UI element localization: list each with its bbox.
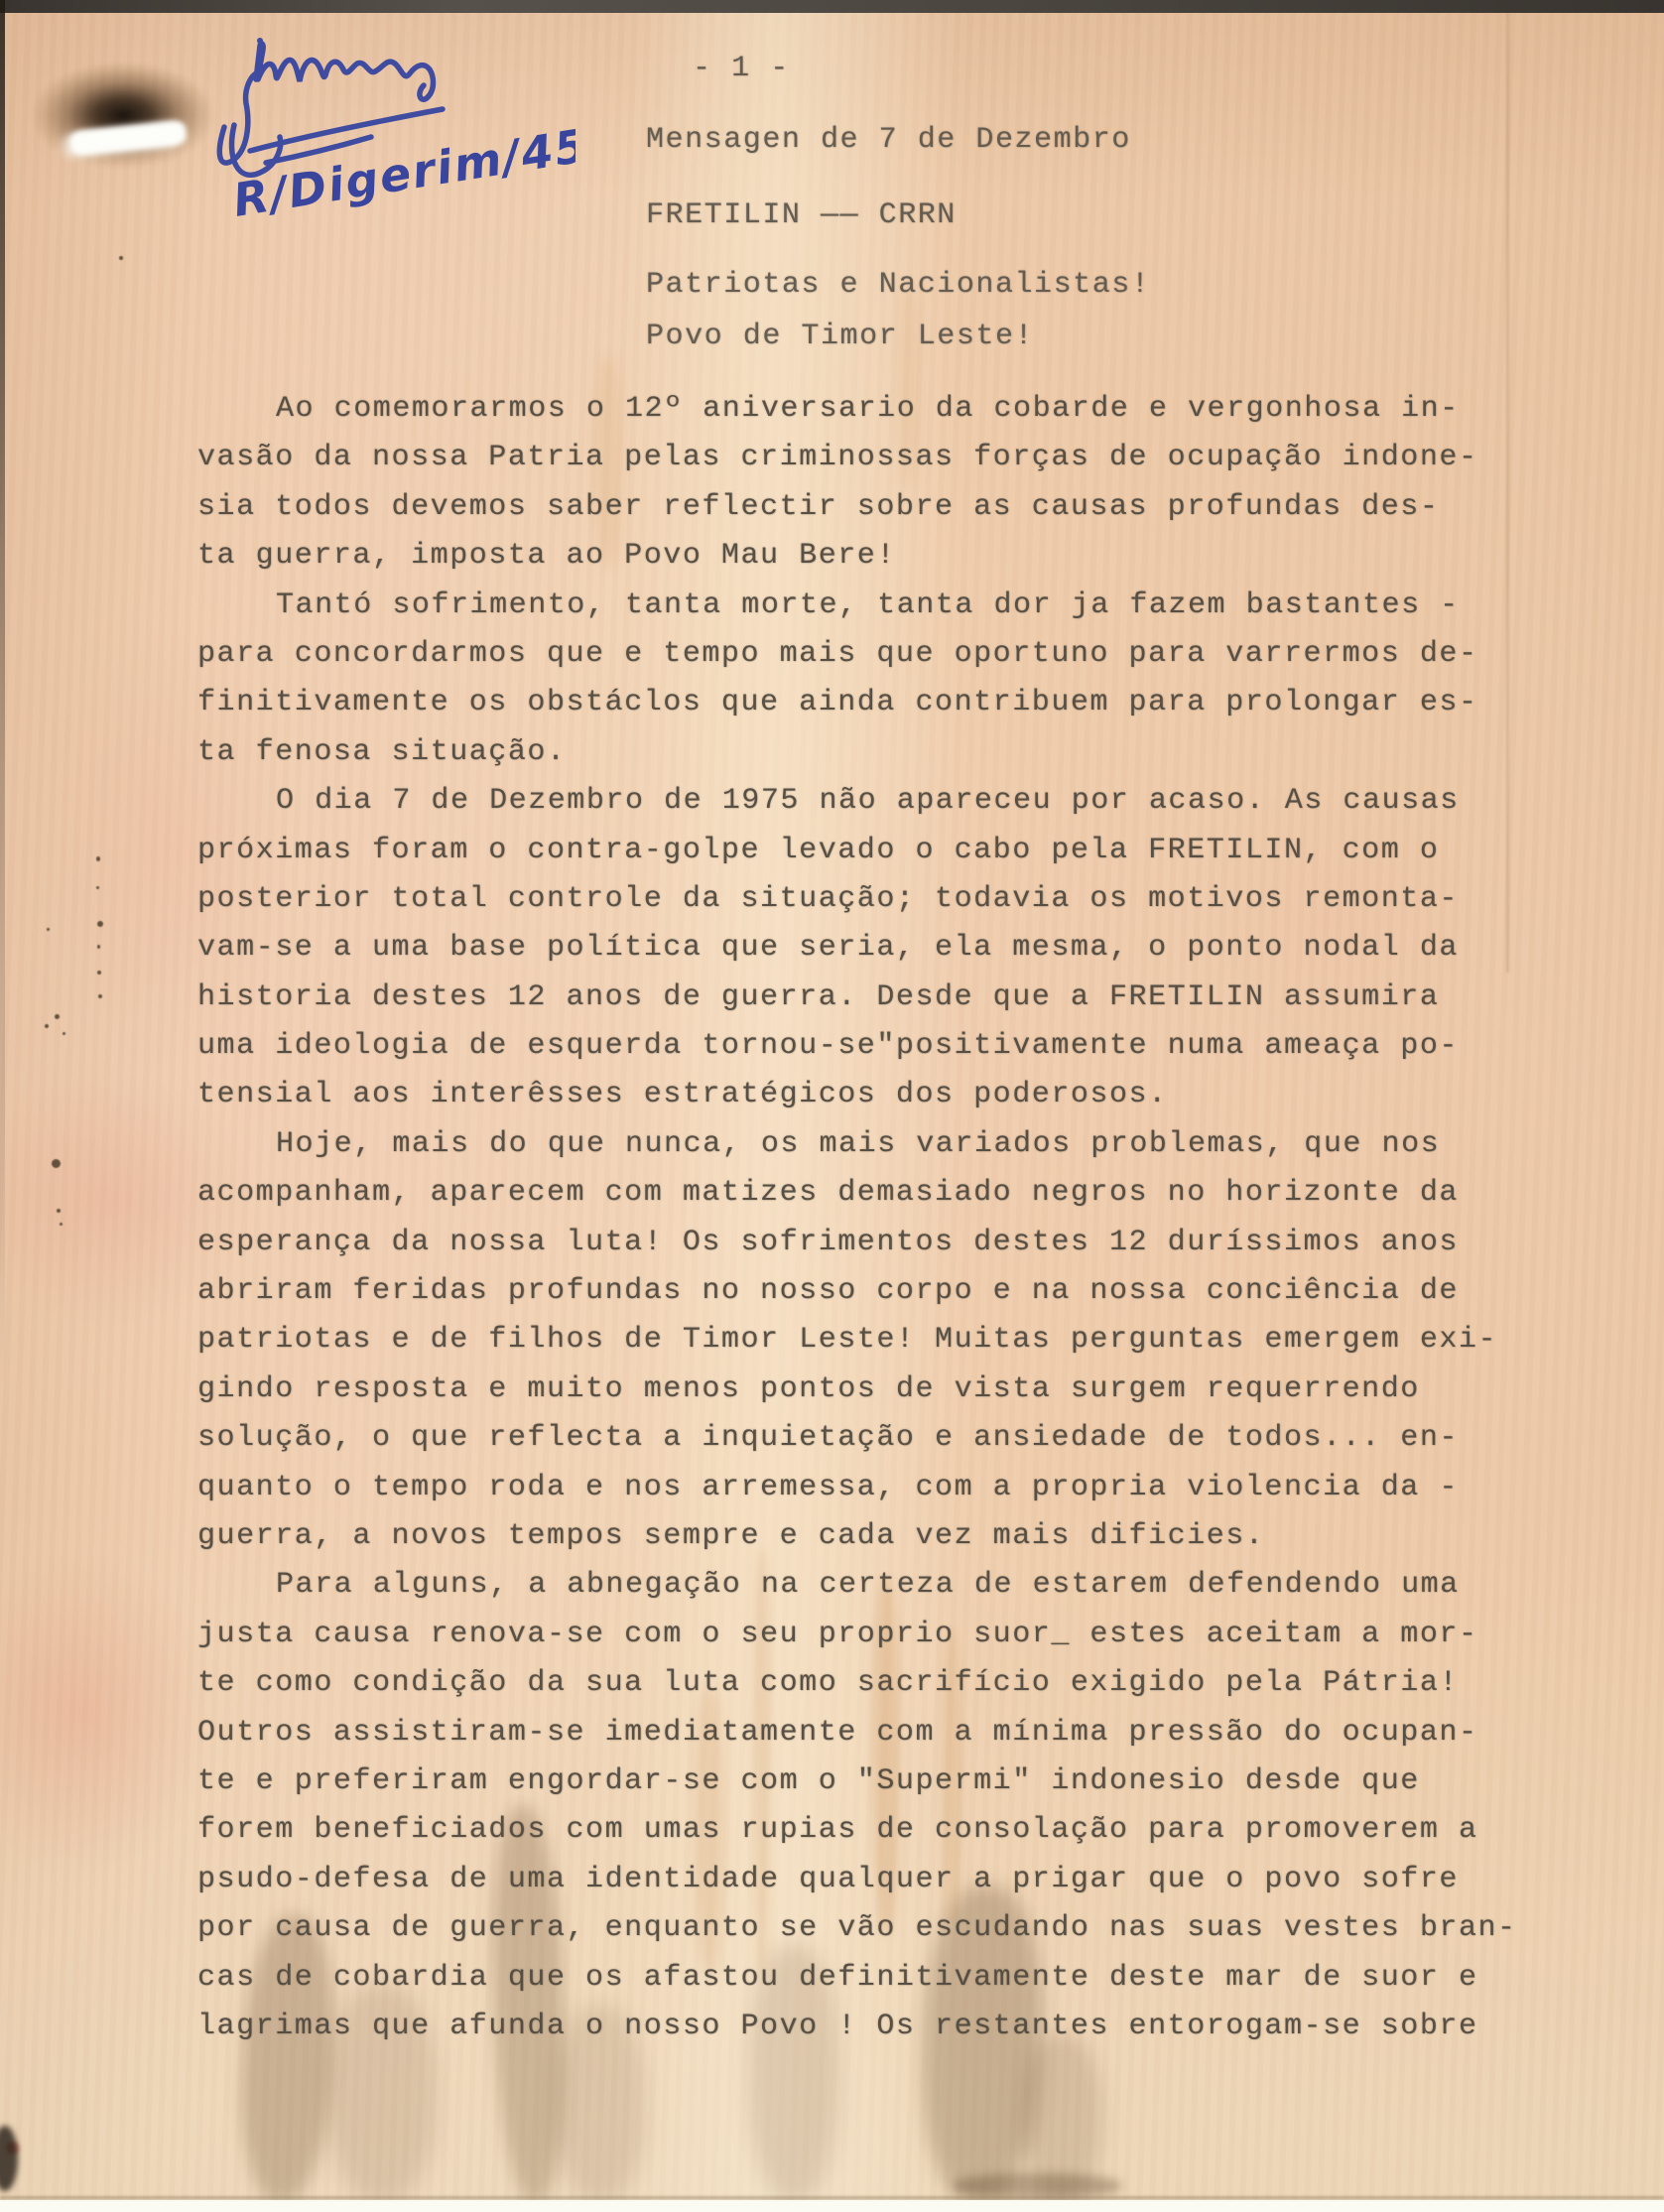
- salutation-line: Povo de Timor Leste!: [646, 320, 1034, 353]
- text-line: por causa de guerra, enquanto se vão esc…: [197, 1904, 1606, 1953]
- text-line: psudo-defesa de uma identidade qualquer …: [197, 1856, 1606, 1904]
- text-line: Ao comemorarmos o 12º aniversario da cob…: [197, 385, 1606, 434]
- handwritten-annotation: R/Digerim/45: [139, 28, 576, 246]
- text-line: ta guerra, imposta ao Povo Mau Bere!: [197, 532, 1606, 581]
- ink-speck: [55, 1014, 60, 1019]
- text-line: tensial aos interêsses estratégicos dos …: [197, 1071, 1606, 1119]
- document-title: Mensagen de 7 de Dezembro: [646, 123, 1131, 157]
- organization-line: FRETILIN —— CRRN: [646, 198, 957, 232]
- ink-speck: [97, 945, 100, 949]
- text-line: forem beneficiados com umas rupias de co…: [197, 1806, 1606, 1855]
- text-line: patriotas e de filhos de Timor Leste! Mu…: [197, 1316, 1606, 1365]
- text-line: abriram feridas profundas no nosso corpo…: [197, 1267, 1606, 1316]
- scanner-background-strip: [0, 2200, 1664, 2212]
- ink-speck: [119, 256, 123, 260]
- scan-edge-top: [0, 0, 1664, 13]
- text-line: posterior total controle da situação; to…: [197, 875, 1606, 924]
- text-line: uma ideologia de esquerda tornou-se"posi…: [197, 1022, 1606, 1071]
- text-line: solução, o que reflecta a inquietação e …: [197, 1414, 1606, 1463]
- text-line: gindo resposta e muito menos pontos de v…: [197, 1366, 1606, 1414]
- text-line: Para alguns, a abnegação na certeza de e…: [197, 1561, 1606, 1610]
- text-line: historia destes 12 anos de guerra. Desde…: [197, 974, 1606, 1022]
- ink-speck: [97, 921, 103, 927]
- text-line: guerra, a novos tempos sempre e cada vez…: [197, 1512, 1606, 1561]
- text-line: próximas foram o contra-golpe levado o c…: [197, 827, 1606, 875]
- text-line: para concordarmos que e tempo mais que o…: [197, 630, 1606, 679]
- text-line: sia todos devemos saber reflectir sobre …: [197, 483, 1606, 532]
- text-line: finitivamente os obstáclos que ainda con…: [197, 679, 1606, 727]
- text-line: Tantó sofrimento, tanta morte, tanta dor…: [197, 582, 1606, 630]
- ink-speck: [60, 1223, 63, 1226]
- text-line: lagrimas que afunda o nosso Povo ! Os re…: [197, 2003, 1606, 2051]
- ink-speck: [57, 1209, 61, 1213]
- text-line: te como condição da sua luta como sacrif…: [197, 1659, 1606, 1708]
- pink-stain: [0, 1548, 218, 1876]
- salutation-line: Patriotas e Nacionalistas!: [646, 268, 1150, 302]
- text-line: quanto o tempo roda e nos arremessa, com…: [197, 1464, 1606, 1512]
- scan-edge-left: [0, 0, 5, 1389]
- ink-speck: [96, 856, 100, 861]
- text-line: ta fenosa situação.: [197, 728, 1606, 777]
- text-line: O dia 7 de Dezembro de 1975 não apareceu…: [197, 777, 1606, 826]
- text-line: Hoje, mais do que nunca, os mais variado…: [197, 1120, 1606, 1169]
- text-line: vam-se a uma base política que seria, el…: [197, 924, 1606, 973]
- ink-speck: [96, 886, 99, 889]
- text-line: cas de cobardia que os afastou definitiv…: [197, 1954, 1606, 2003]
- text-line: justa causa renova-se com o seu proprio …: [197, 1611, 1606, 1659]
- paper-bottom-edge: [0, 2196, 1664, 2199]
- ink-speck: [47, 928, 50, 931]
- ink-speck: [97, 971, 101, 975]
- handwritten-inscription: R/Digerim/45: [229, 118, 576, 227]
- document-body: Ao comemorarmos o 12º aniversario da cob…: [197, 385, 1606, 2051]
- text-line: vasão da nossa Patria pelas criminossas …: [197, 434, 1606, 482]
- ink-speck: [98, 994, 102, 998]
- page-number: - 1 -: [693, 52, 790, 85]
- text-line: Outros assistiram-se imediatamente com a…: [197, 1709, 1606, 1757]
- ink-speck: [45, 1024, 49, 1028]
- scanned-document-page: R/Digerim/45 - 1 - Mensagen de 7 de Deze…: [0, 0, 1664, 2212]
- text-line: acompanham, aparecem com matizes demasia…: [197, 1169, 1606, 1218]
- ink-speck: [63, 1032, 65, 1035]
- text-line: esperança da nossa luta! Os sofrimentos …: [197, 1219, 1606, 1267]
- ink-speck: [52, 1159, 61, 1168]
- text-line: te e preferiram engordar-se com o "Super…: [197, 1757, 1606, 1806]
